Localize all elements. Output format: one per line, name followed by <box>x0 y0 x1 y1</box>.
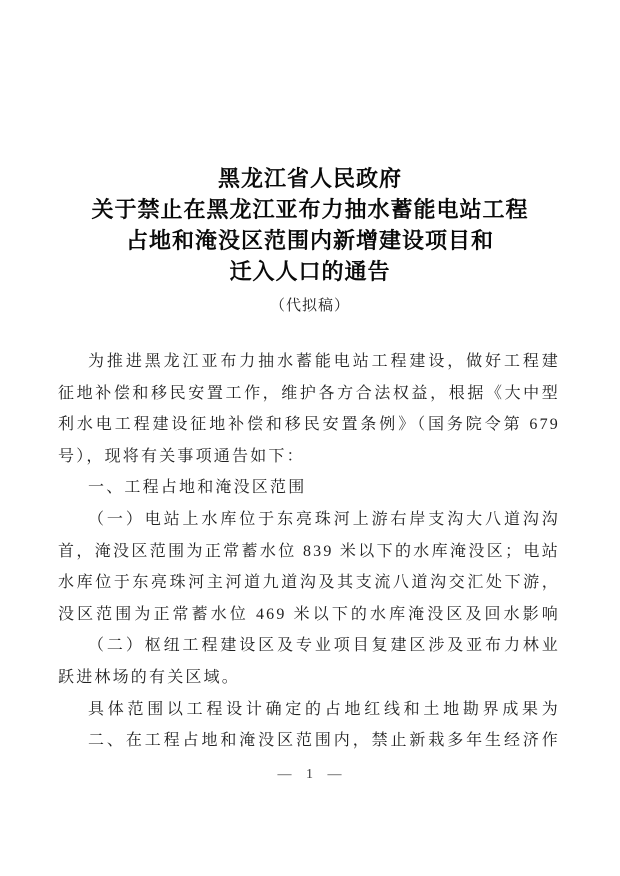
title-line-3: 占地和淹没区范围内新增建设项目和 <box>0 225 620 256</box>
title-line-4: 迁入人口的通告 <box>0 256 620 287</box>
body-line: 征地补偿和移民安置工作，维护各方合法权益，根据《大中型水 <box>58 378 560 410</box>
body-line: 水库位于东亮珠河主河道九道沟及其支流八道沟交汇处下游，淹 <box>58 567 560 599</box>
body-line: 二、在工程占地和淹没区范围内，禁止新栽多年生经济作物 <box>58 725 560 757</box>
title-line-2: 关于禁止在黑龙江亚布力抽水蓄能电站工程 <box>0 194 620 225</box>
draft-note: （代拟稿） <box>0 294 620 315</box>
body-line: 没区范围为正常蓄水位 469 米以下的水库淹没区及回水影响区。 <box>58 599 560 631</box>
body-line: （一）电站上水库位于东亮珠河上游右岸支沟大八道沟沟 <box>58 504 560 536</box>
body-line: 号），现将有关事项通告如下： <box>58 441 560 473</box>
title-line-1: 黑龙江省人民政府 <box>0 163 620 194</box>
body-line: 首，淹没区范围为正常蓄水位 839 米以下的水库淹没区；电站下 <box>58 536 560 568</box>
body-line: 一、工程占地和淹没区范围 <box>58 472 560 504</box>
document-title: 黑龙江省人民政府 关于禁止在黑龙江亚布力抽水蓄能电站工程 占地和淹没区范围内新增… <box>0 163 620 287</box>
body-line: 为推进黑龙江亚布力抽水蓄能电站工程建设，做好工程建设 <box>58 346 560 378</box>
page-number: — 1 — <box>0 767 620 783</box>
document-body: 为推进黑龙江亚布力抽水蓄能电站工程建设，做好工程建设征地补偿和移民安置工作，维护… <box>58 346 560 757</box>
body-line: 具体范围以工程设计确定的占地红线和土地勘界成果为准。 <box>58 694 560 726</box>
document-page: 黑龙江省人民政府 关于禁止在黑龙江亚布力抽水蓄能电站工程 占地和淹没区范围内新增… <box>0 0 620 876</box>
body-line: 跃进林场的有关区域。 <box>58 662 560 694</box>
body-line: 利水电工程建设征地补偿和移民安置条例》（国务院令第 679 <box>58 409 560 441</box>
body-line: （二）枢纽工程建设区及专业项目复建区涉及亚布力林业局 <box>58 630 560 662</box>
